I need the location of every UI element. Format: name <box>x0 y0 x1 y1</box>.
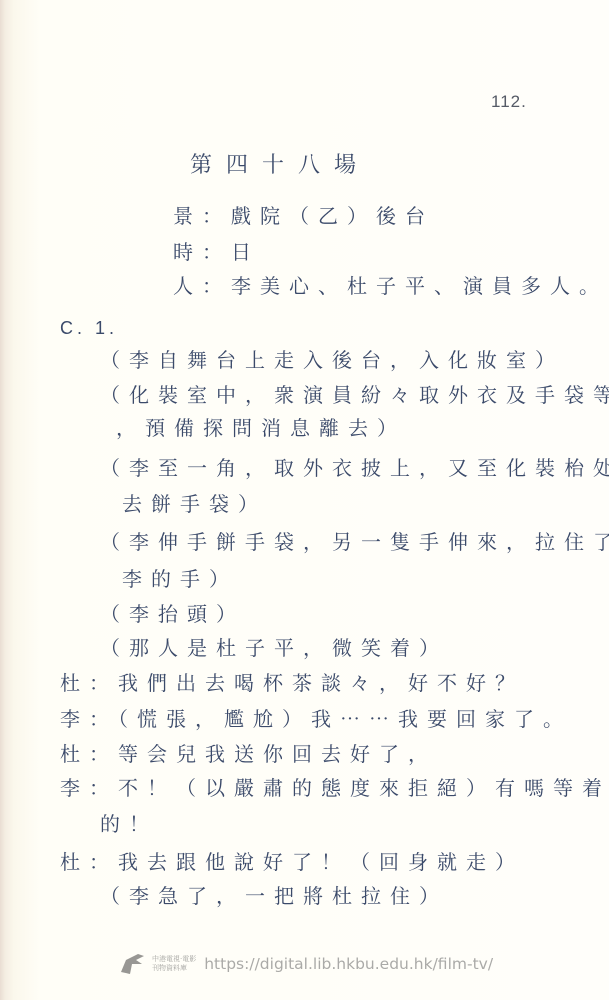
watermark: 中港電視·電影 刊物資料庫 https://digital.lib.hkbu.e… <box>118 950 493 978</box>
watermark-org: 中港電視·電影 刊物資料庫 <box>152 955 196 973</box>
dialogue-line: 杜：我去跟他說好了！（回身就走） <box>60 846 524 875</box>
stage-direction: （李伸手餅手袋，另一隻手伸來，拉住了 <box>100 526 609 555</box>
dialogue-text: 等会兒我送你回去好了， <box>118 742 437 766</box>
dialogue-text: （慌張，尷尬）我⋯⋯我要回家了。 <box>118 707 572 731</box>
meta-value: 戲院（乙）後台 <box>231 204 434 228</box>
library-logo-icon <box>118 950 146 978</box>
meta-value: 日 <box>231 240 260 264</box>
stage-direction: （化裝室中，衆演員紛々取外衣及手袋等 <box>100 379 609 408</box>
stage-direction-continued: 李的手） <box>122 563 238 592</box>
scene-title: 第四十八場 <box>190 148 370 179</box>
speaker: 李 <box>60 707 89 731</box>
dialogue-line: 李：不！（以嚴肅的態度來拒絕）有嗎等着我 <box>60 772 609 801</box>
watermark-url[interactable]: https://digital.lib.hkbu.edu.hk/film-tv/ <box>204 955 493 973</box>
meta-characters: 人：李美心、杜子平、演員多人。 <box>173 270 608 299</box>
meta-time: 時：日 <box>173 236 260 265</box>
meta-label: 人 <box>173 274 202 298</box>
stage-direction: （李抬頭） <box>100 598 245 627</box>
meta-setting: 景：戲院（乙）後台 <box>173 200 434 229</box>
dialogue-line: 李：（慌張，尷尬）我⋯⋯我要回家了。 <box>60 703 572 732</box>
dialogue-line: 杜：我們出去喝杯茶談々，好不好？ <box>60 667 524 696</box>
speaker: 李 <box>60 776 89 800</box>
stage-direction: （李自舞台上走入後台，入化妝室） <box>100 344 564 373</box>
stage-direction: （那人是杜子平，微笑着） <box>100 632 448 661</box>
dialogue-line: 杜：等会兒我送你回去好了， <box>60 738 437 767</box>
meta-label: 時 <box>173 240 202 264</box>
page-number: 112. <box>491 92 527 112</box>
speaker: 杜 <box>60 671 89 695</box>
stage-direction: （李急了，一把將杜拉住） <box>100 880 448 909</box>
meta-label: 景 <box>173 204 202 228</box>
speaker: 杜 <box>60 850 89 874</box>
dialogue-text: 我們出去喝杯茶談々，好不好？ <box>118 671 524 695</box>
dialogue-text: 我去跟他說好了！（回身就走） <box>118 850 524 874</box>
stage-direction: （李至一角，取外衣披上，又至化裝枱处 <box>100 452 609 481</box>
script-page: 112. 第四十八場 景：戲院（乙）後台 時：日 人：李美心、杜子平、演員多人。… <box>0 0 609 1000</box>
dialogue-text: 不！（以嚴肅的態度來拒絕）有嗎等着我 <box>118 776 609 800</box>
speaker: 杜 <box>60 742 89 766</box>
meta-value: 李美心、杜子平、演員多人。 <box>231 274 608 298</box>
shot-label: C. 1. <box>60 318 118 339</box>
dialogue-continued: 的！ <box>100 808 158 837</box>
stage-direction-continued: 去餅手袋） <box>122 488 267 517</box>
stage-direction-continued: ，預備探問消息離去） <box>116 412 406 441</box>
